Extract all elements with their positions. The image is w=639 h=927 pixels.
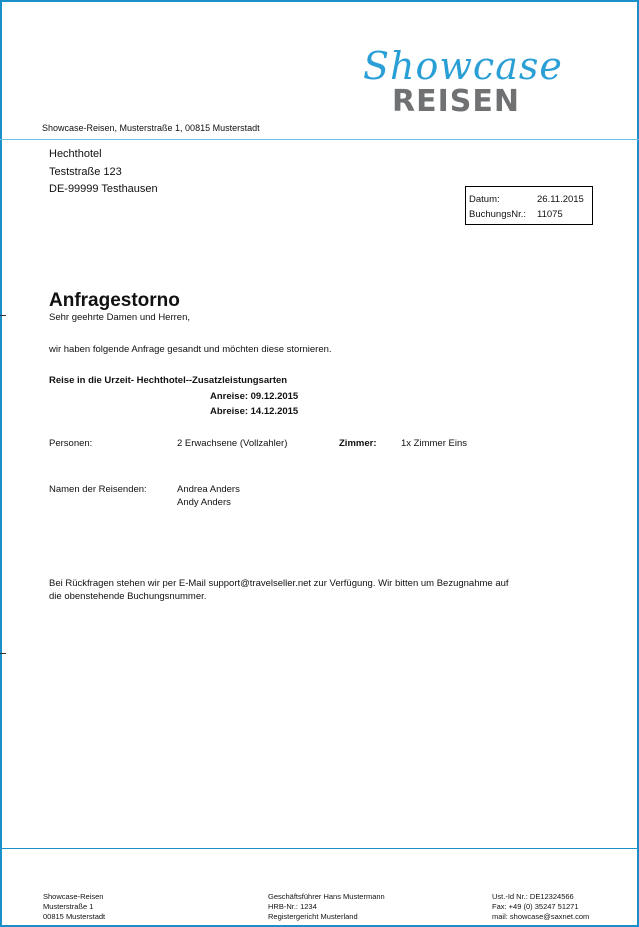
- footer-divider: [0, 848, 639, 849]
- footer-line: 00815 Musterstadt: [43, 912, 105, 922]
- date-value: 26.11.2015: [537, 194, 584, 205]
- booking-info-box: Datum: 26.11.2015 BuchungsNr.: 11075: [465, 186, 593, 225]
- footer-line: Fax: +49 (0) 35247 51271: [492, 902, 589, 912]
- footer-line: HRB-Nr.: 1234: [268, 902, 385, 912]
- recipient-address: Hechthotel Teststraße 123 DE-99999 Testh…: [49, 146, 158, 199]
- travelers-label: Namen der Reisenden:: [49, 484, 147, 495]
- logo-block-text: REISEN: [392, 84, 520, 119]
- footer-line: Registergericht Musterland: [268, 912, 385, 922]
- fold-mark: [0, 653, 6, 654]
- persons-value: 2 Erwachsene (Vollzahler): [177, 438, 287, 449]
- recipient-name: Hechthotel: [49, 146, 158, 164]
- traveler-name: Andrea Anders: [177, 484, 240, 495]
- footer-line: Musterstraße 1: [43, 902, 105, 912]
- trip-title: Reise in die Urzeit- Hechthotel--Zusatzl…: [49, 375, 287, 386]
- recipient-street: Teststraße 123: [49, 164, 158, 182]
- booking-number-label: BuchungsNr.:: [469, 209, 526, 220]
- arrival-date: Anreise: 09.12.2015: [210, 391, 298, 402]
- footer-line: Geschäftsführer Hans Mustermann: [268, 892, 385, 902]
- room-value: 1x Zimmer Eins: [401, 438, 467, 449]
- document-title: Anfragestorno: [49, 290, 180, 312]
- recipient-city: DE-99999 Testhausen: [49, 181, 158, 199]
- closing-text-line-2: die obenstehende Buchungsnummer.: [49, 591, 206, 602]
- intro-text: wir haben folgende Anfrage gesandt und m…: [49, 344, 332, 355]
- footer-contact-info: Ust.-Id Nr.: DE12324566 Fax: +49 (0) 352…: [492, 892, 589, 922]
- sender-address-line: Showcase-Reisen, Musterstraße 1, 00815 M…: [42, 123, 260, 133]
- traveler-name: Andy Anders: [177, 497, 231, 508]
- booking-number-value: 11075: [537, 209, 563, 220]
- salutation: Sehr geehrte Damen und Herren,: [49, 312, 190, 323]
- persons-label: Personen:: [49, 438, 92, 449]
- footer-line: Ust.-Id Nr.: DE12324566: [492, 892, 589, 902]
- footer-line: Showcase-Reisen: [43, 892, 105, 902]
- date-label: Datum:: [469, 194, 500, 205]
- footer-legal-info: Geschäftsführer Hans Mustermann HRB-Nr.:…: [268, 892, 385, 922]
- room-label: Zimmer:: [339, 438, 376, 449]
- footer-line: mail: showcase@saxnet.com: [492, 912, 589, 922]
- page-border-top: [0, 0, 639, 2]
- logo-script-text: Showcase: [363, 44, 563, 88]
- departure-date: Abreise: 14.12.2015: [210, 406, 298, 417]
- footer-company-address: Showcase-Reisen Musterstraße 1 00815 Mus…: [43, 892, 105, 922]
- closing-text-line-1: Bei Rückfragen stehen wir per E-Mail sup…: [49, 578, 509, 589]
- header-divider: [0, 139, 639, 140]
- fold-mark: [0, 315, 6, 316]
